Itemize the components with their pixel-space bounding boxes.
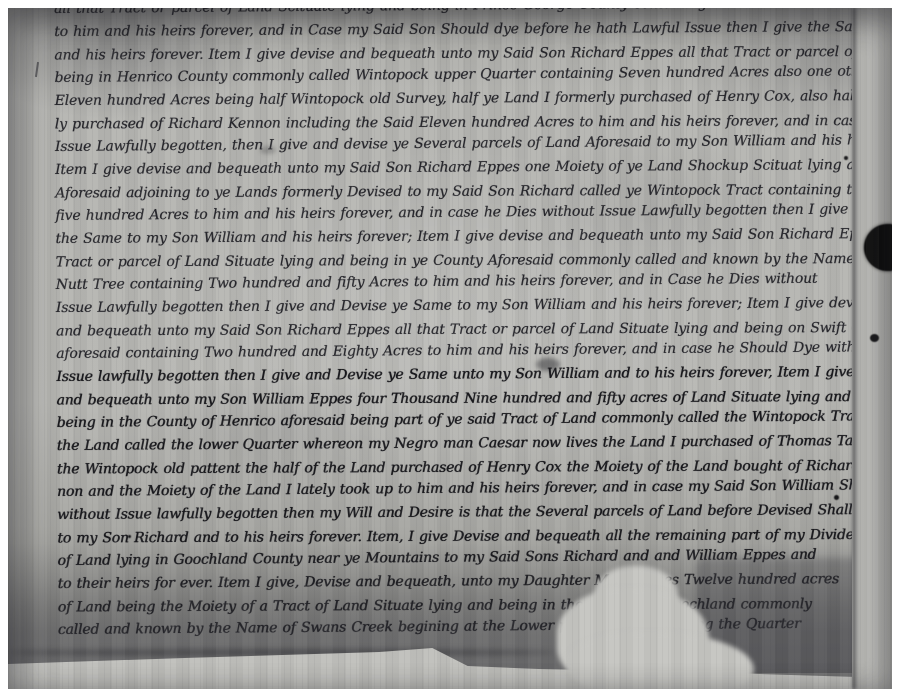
scan-white-border: all that Tract or parcel of Land Scituat… [0, 0, 900, 697]
manuscript-line: the Same to my Son William and his heirs… [55, 223, 860, 251]
manuscript-line: Issue lawfully begotten then I give and … [56, 361, 861, 389]
manuscript-line: the Land called the lower Quarter whereo… [57, 430, 862, 458]
ink-speck [834, 495, 839, 500]
manuscript-photo: all that Tract or parcel of Land Scituat… [8, 8, 892, 689]
manuscript-line: Issue Lawfully begotten then I give and … [56, 292, 861, 320]
ink-speck [870, 334, 879, 342]
manuscript-line: to their heirs for ever. Item I give, De… [58, 568, 863, 596]
page-edge-strip [852, 8, 892, 689]
manuscript-line: Item I give devise and bequeath unto my … [55, 154, 860, 182]
ink-speck [844, 156, 848, 160]
manuscript-line: Eleven hundred Acres being half Wintopoc… [55, 85, 860, 113]
manuscript-text: all that Tract or parcel of Land Scituat… [54, 8, 863, 642]
manuscript-line: to him and his heirs forever, and in Cas… [54, 16, 859, 44]
manuscript-line: without Issue lawfully begotten then my … [57, 499, 862, 527]
ink-speck [128, 535, 131, 538]
